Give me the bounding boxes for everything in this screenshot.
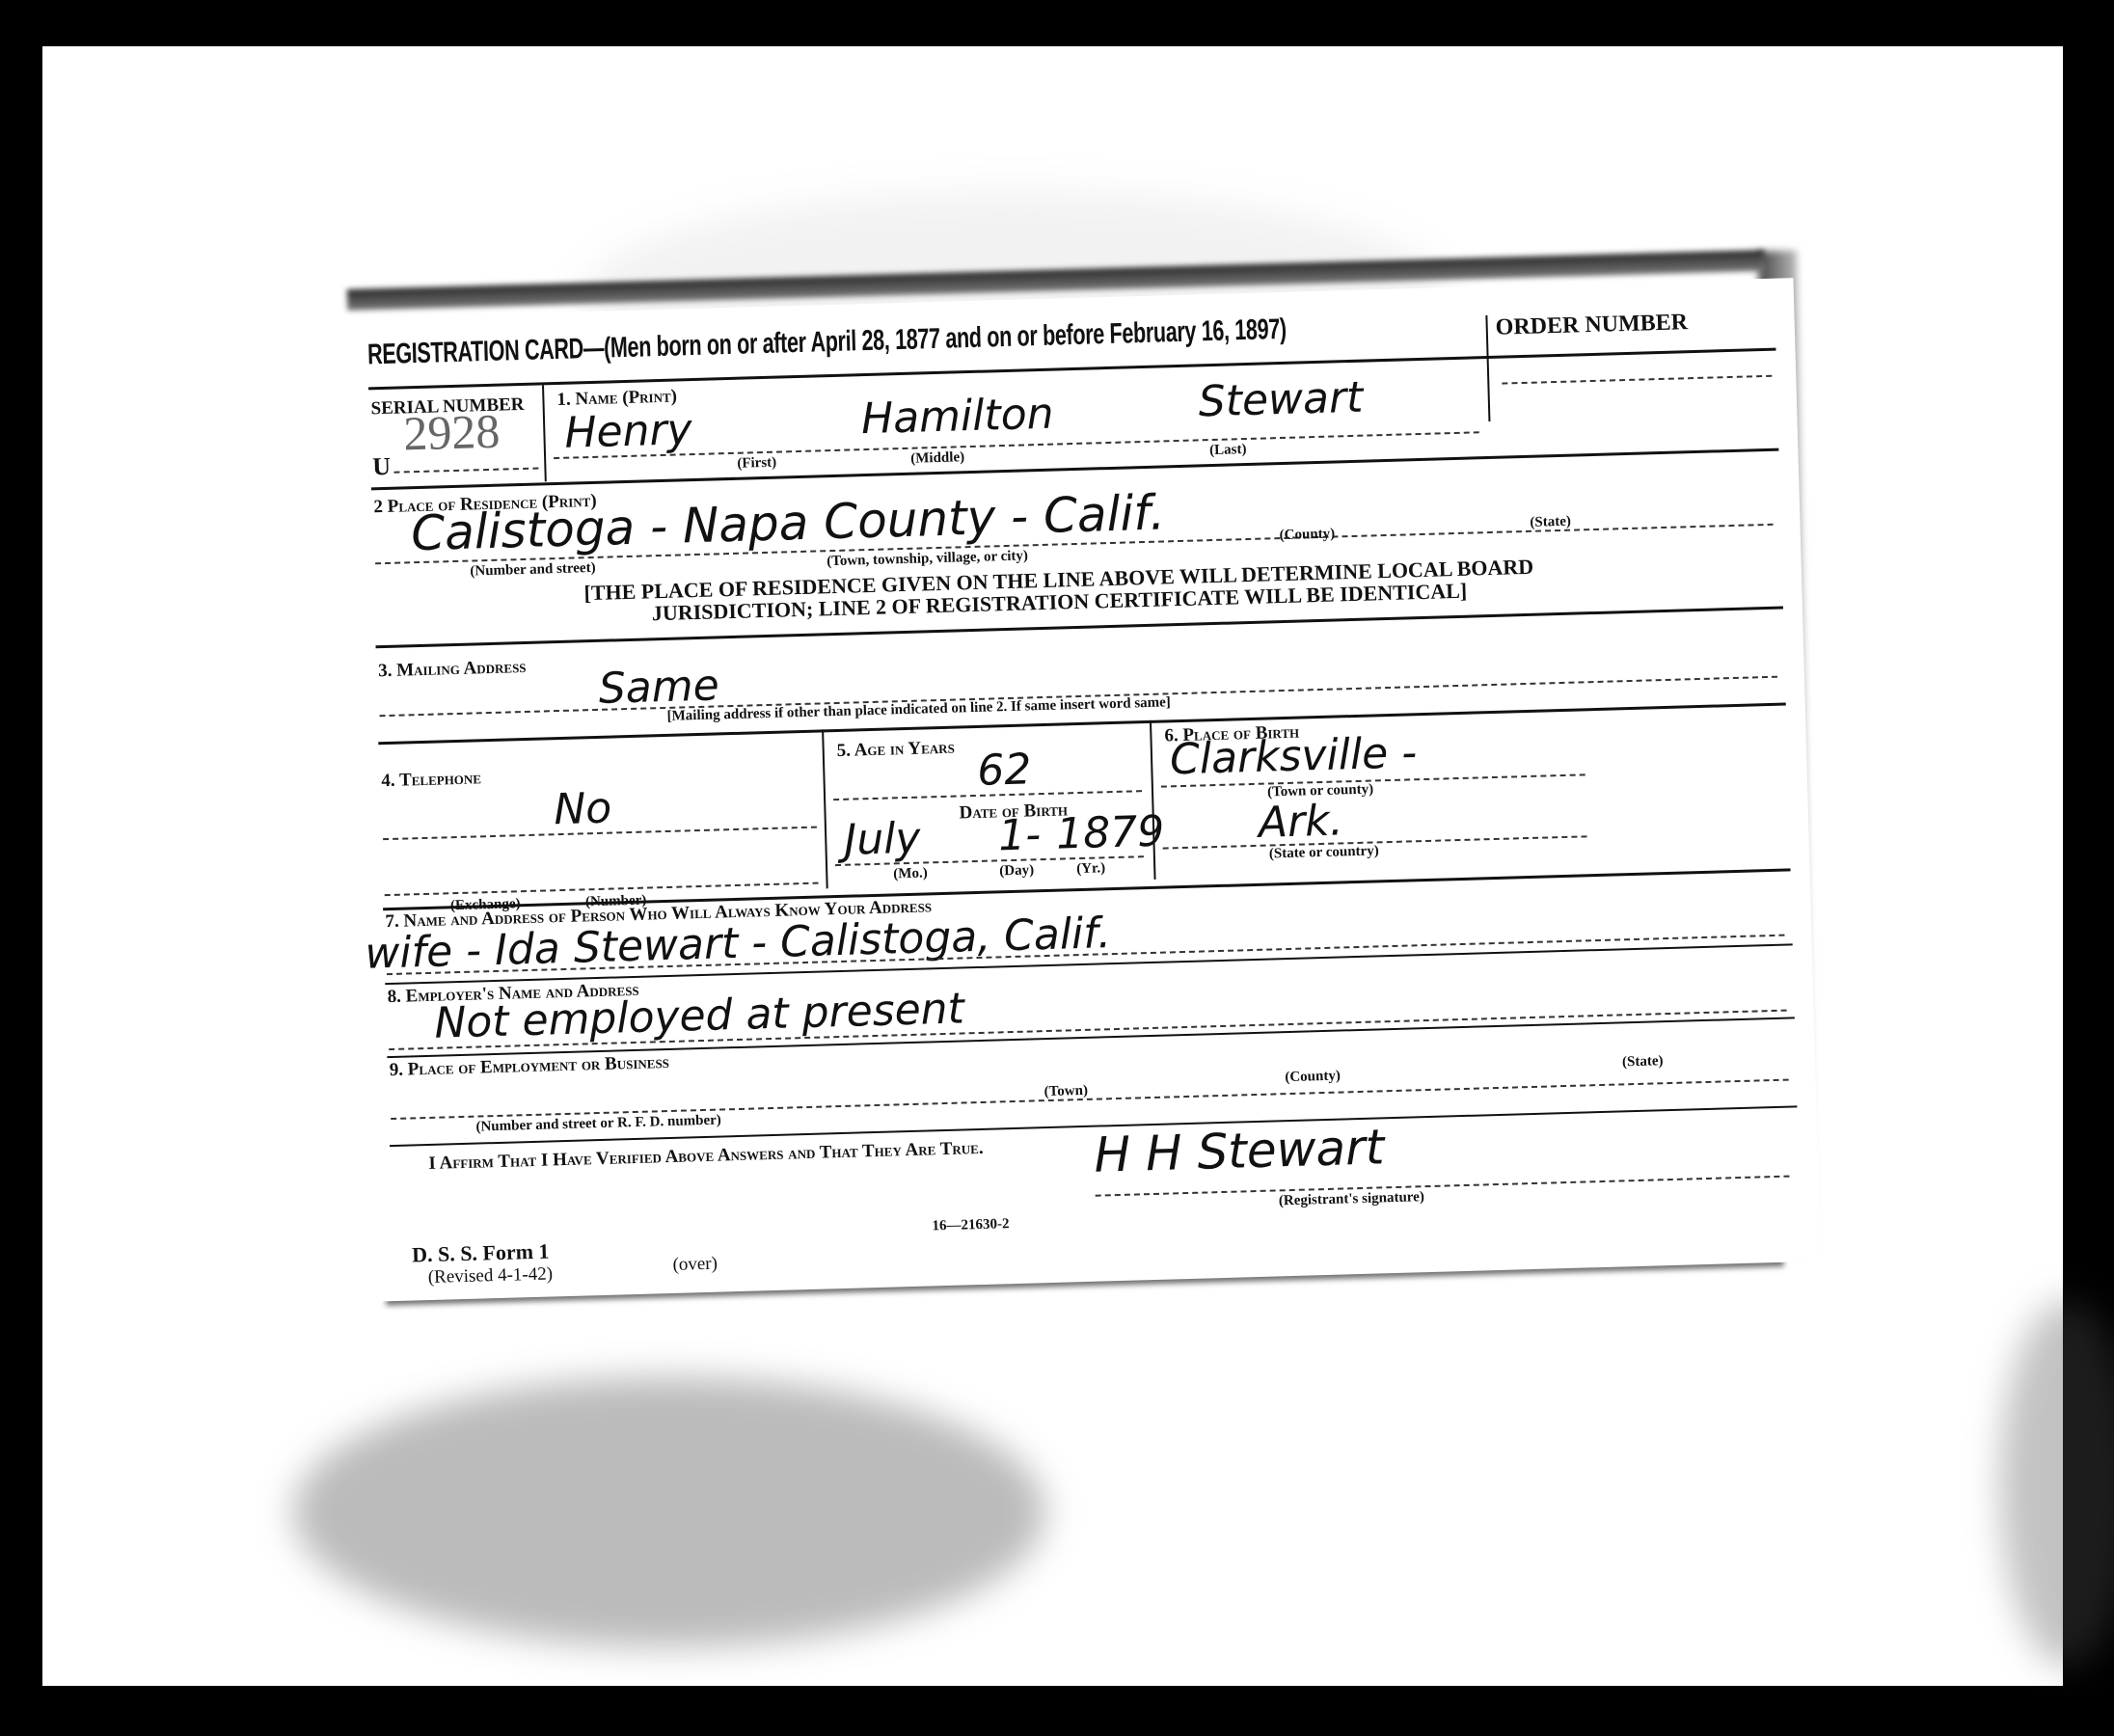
birthplace-state: Ark. — [1258, 796, 1343, 847]
birthplace-state-caption: (State or country) — [1269, 843, 1379, 862]
form-revised: (Revised 4-1-42) — [428, 1263, 554, 1288]
residence-notice: [THE PLACE OF RESIDENCE GIVEN ON THE LIN… — [432, 551, 1687, 630]
dob-month-caption: (Mo.) — [893, 865, 928, 882]
signature-caption: (Registrant's signature) — [1279, 1189, 1424, 1209]
telephone-value: No — [554, 784, 612, 835]
order-number-label: ORDER NUMBER — [1495, 310, 1688, 341]
employment-caption-state: (State) — [1622, 1053, 1664, 1071]
divider — [822, 729, 828, 888]
dob-year: 1879 — [1056, 807, 1165, 859]
registration-card: REGISTRATION CARD—(Men born on or after … — [347, 278, 1821, 1301]
middle-caption: (Middle) — [910, 449, 964, 468]
mailing-label: 3. Mailing Address — [378, 657, 527, 682]
age-value: 62 — [977, 745, 1032, 796]
scan-smudge — [2000, 1300, 2114, 1667]
over-note: (over) — [672, 1254, 718, 1276]
dob-day: 1- — [998, 810, 1042, 860]
form-name: D. S. S. Form 1 — [412, 1239, 550, 1268]
first-caption: (First) — [737, 455, 776, 473]
dob-day-caption: (Day) — [999, 862, 1034, 880]
employment-caption-county: (County) — [1285, 1069, 1341, 1087]
registrant-signature: H H Stewart — [1094, 1119, 1385, 1182]
name-middle: Hamilton — [860, 390, 1054, 445]
serial-line — [393, 468, 538, 474]
last-caption: (Last) — [1209, 442, 1247, 459]
residence-caption-town: (Town, township, village, or city) — [827, 548, 1028, 570]
dob-month: July — [844, 814, 922, 865]
employment-caption-town: (Town) — [1043, 1083, 1088, 1100]
scan-smudge — [293, 1377, 1045, 1647]
employment-place-line — [391, 1079, 1788, 1120]
residence-caption-state: (State) — [1530, 514, 1571, 531]
serial-number-value: 2928 — [403, 403, 501, 462]
dob-year-caption: (Yr.) — [1076, 860, 1105, 878]
print-code: 16—21630-2 — [932, 1216, 1009, 1234]
residence-caption-county: (County) — [1279, 526, 1335, 544]
age-label: 5. Age in Years — [836, 738, 955, 762]
residence-caption-street: (Number and street) — [470, 560, 596, 581]
order-number-line — [1502, 375, 1772, 385]
name-last: Stewart — [1198, 373, 1364, 427]
telephone-label: 4. Telephone — [381, 768, 481, 792]
serial-prefix: U — [372, 452, 392, 482]
name-first: Henry — [564, 405, 693, 458]
divider — [542, 385, 547, 481]
birthplace-town: Clarksville - — [1169, 728, 1417, 784]
affirmation-text: I Affirm That I Have Verified Above Answ… — [428, 1138, 984, 1175]
